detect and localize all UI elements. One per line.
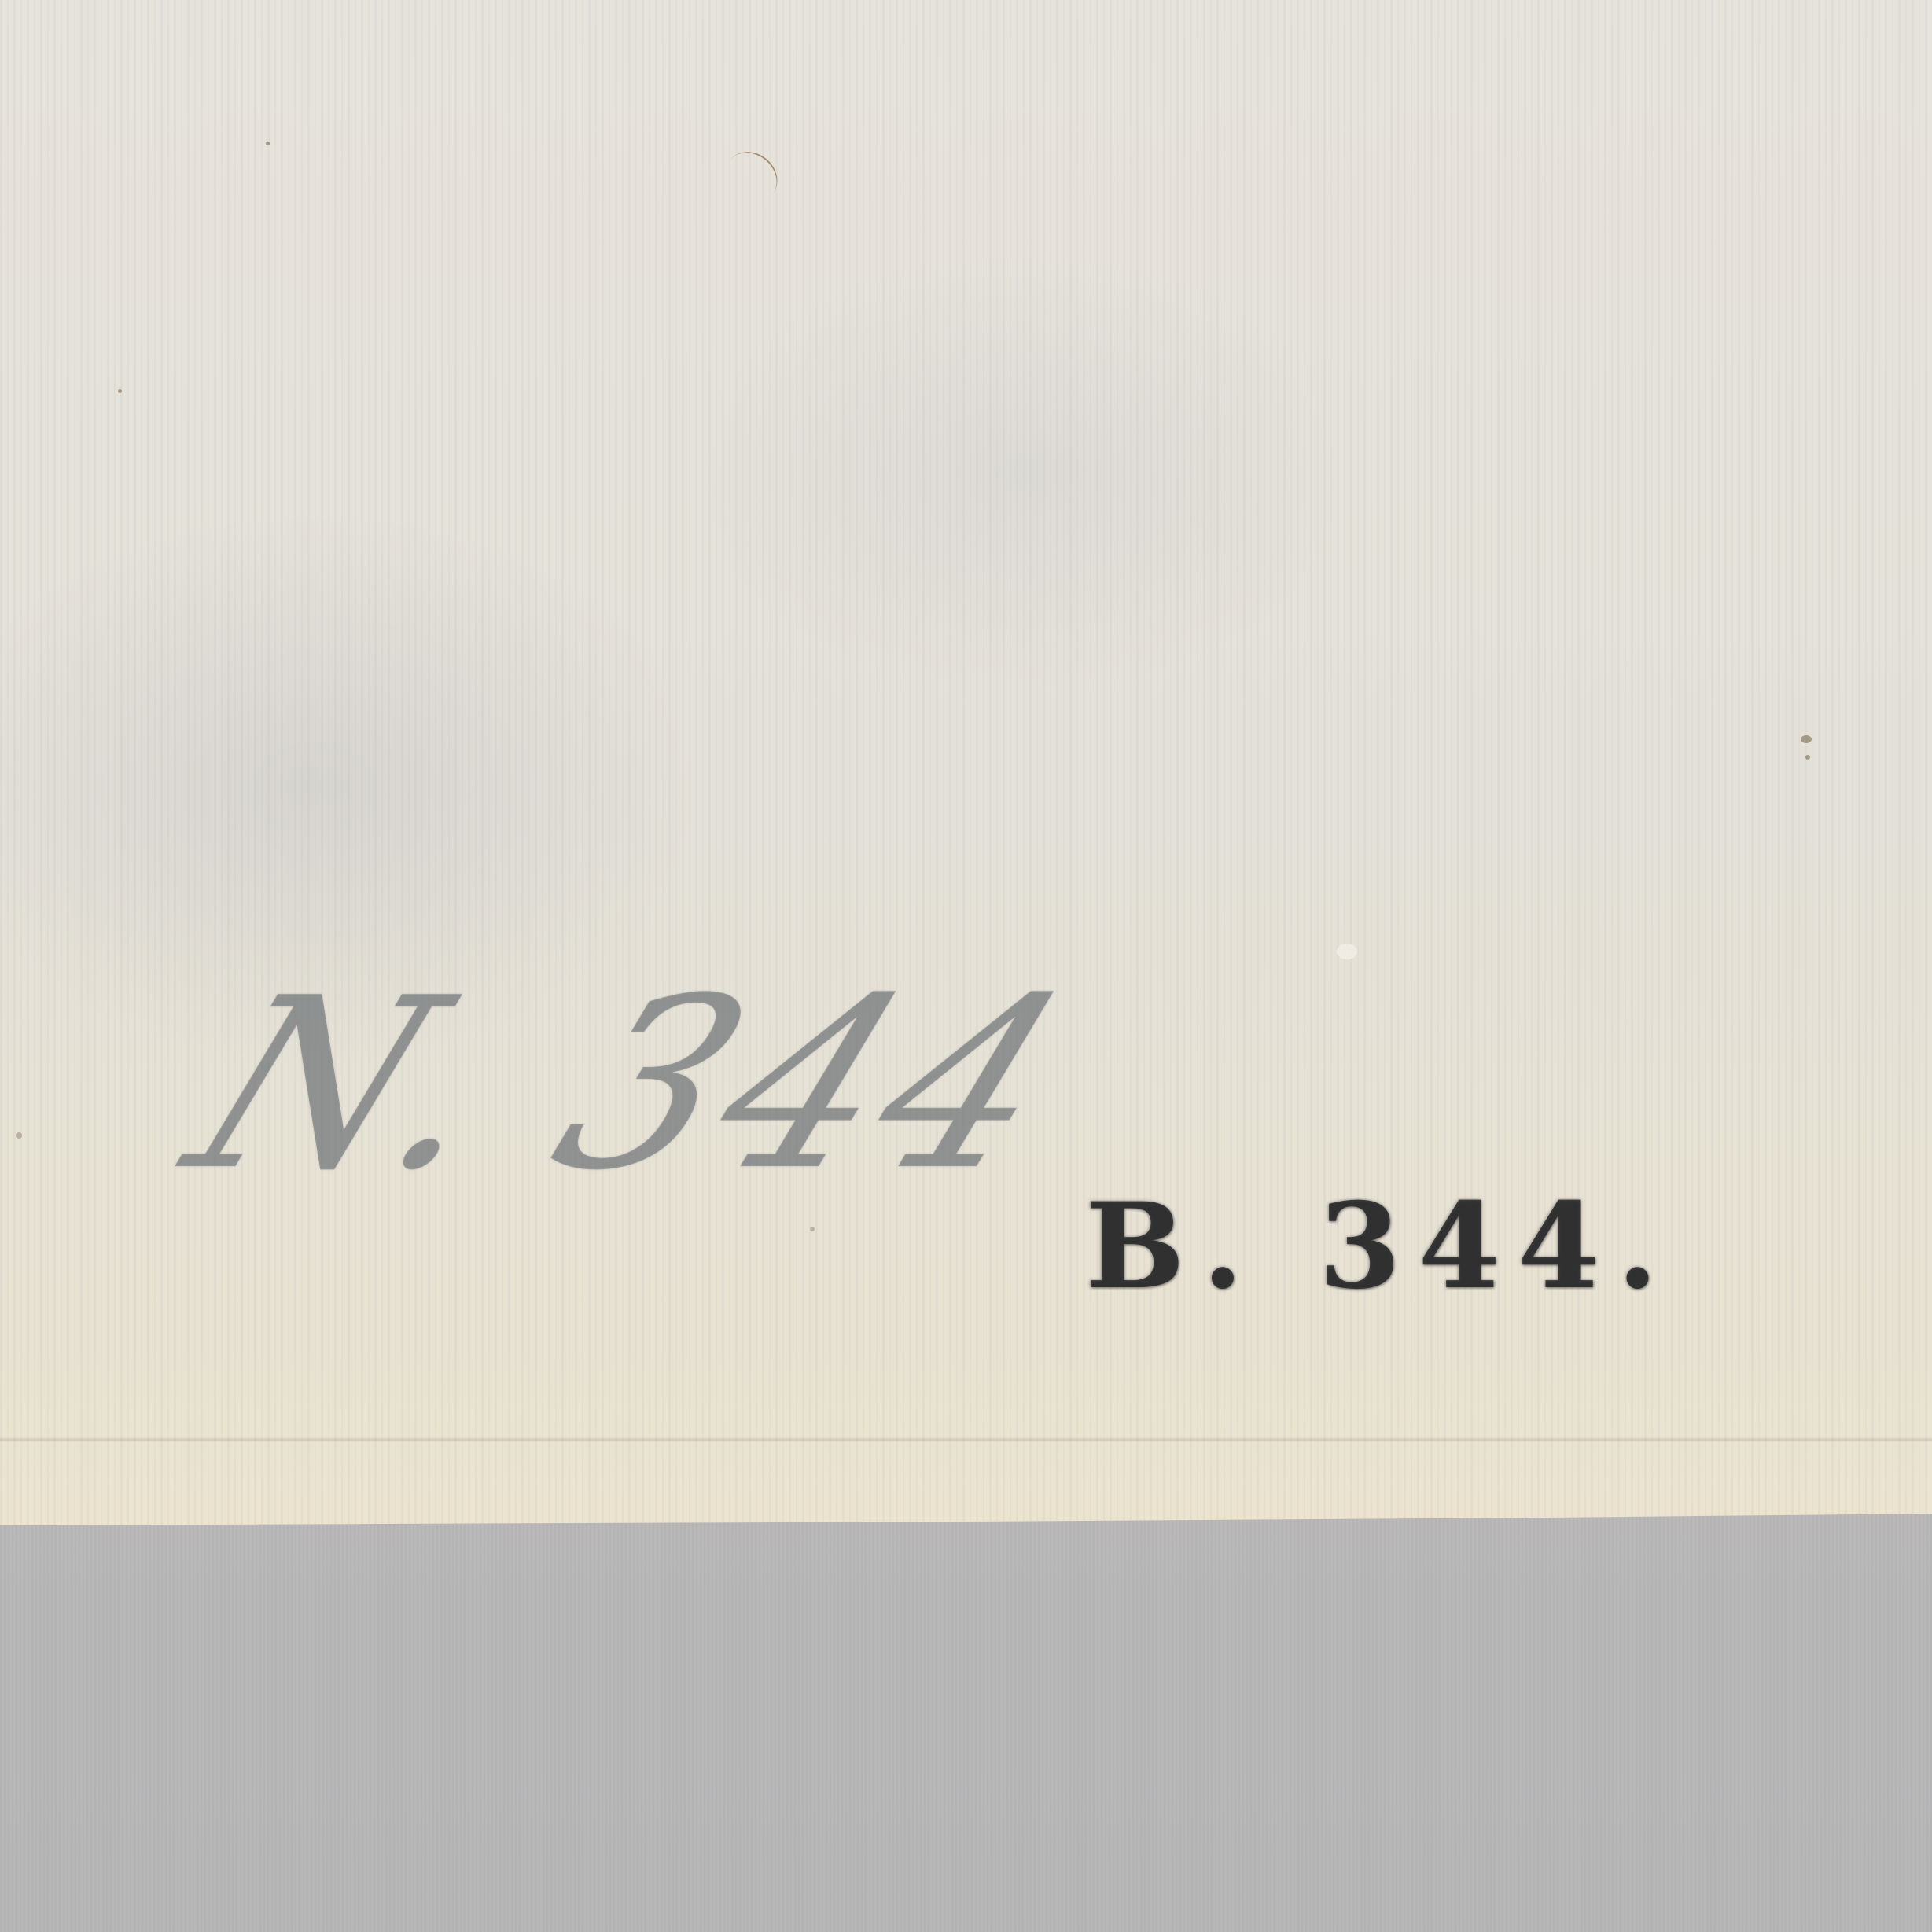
pencil-inscription: N. 344 <box>164 967 1098 1203</box>
paper-edge-crease <box>0 1437 1932 1442</box>
paper-fiber <box>714 142 787 214</box>
charcoal-inscription: B. 344. <box>1085 1187 1676 1305</box>
paper-speck <box>1801 735 1812 743</box>
paper-speck <box>810 1227 815 1231</box>
paper-sheet: N. 344 B. 344. <box>0 0 1932 1525</box>
paper-speck <box>118 389 122 393</box>
paper-speck <box>1337 944 1357 959</box>
paper-speck <box>1805 755 1810 760</box>
paper-speck <box>16 1132 22 1139</box>
paper-speck <box>266 142 270 145</box>
